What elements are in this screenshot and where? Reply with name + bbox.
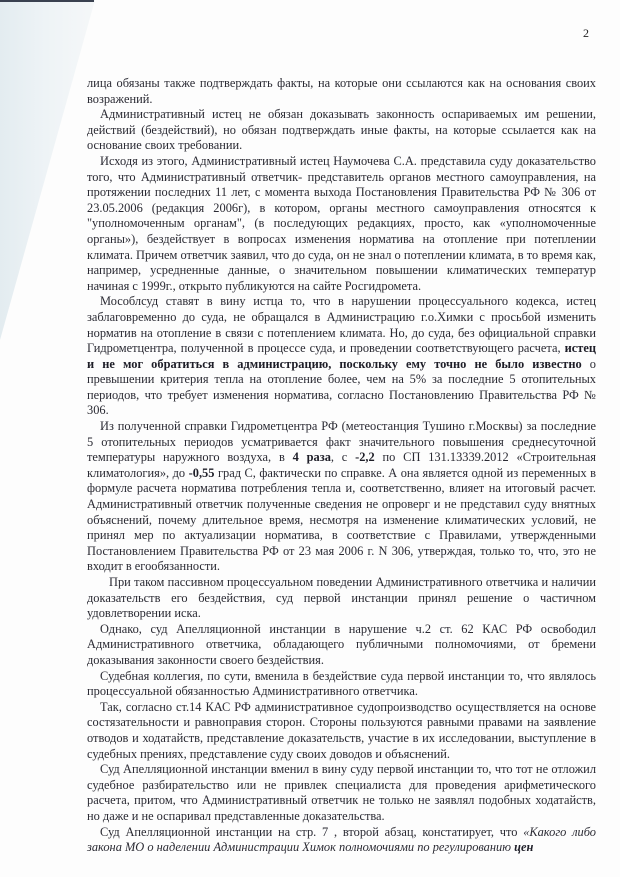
paragraph: лица обязаны также подтверждать факты, н…	[87, 76, 596, 107]
emphasis-bold: 4 раза	[293, 450, 331, 464]
paragraph: Исходя из этого, Административный истец …	[87, 154, 596, 294]
paragraph: Мособлсуд ставят в вину истца то, что в …	[87, 294, 596, 419]
document-body: лица обязаны также подтверждать факты, н…	[87, 76, 596, 856]
emphasis-bold: цен	[514, 840, 533, 854]
paragraph: Суд Апелляционной инстанции вменил в вин…	[87, 762, 596, 824]
paragraph: Судебная коллегия, по сути, вменила в бе…	[87, 669, 596, 700]
paragraph: Суд Апелляционной инстанции на стр. 7 , …	[87, 825, 596, 856]
paragraph: Административный истец не обязан доказыв…	[87, 107, 596, 154]
page-number: 2	[583, 26, 589, 41]
folded-page-corner	[0, 0, 100, 400]
paragraph: Однако, суд Апелляционной инстанции в на…	[87, 622, 596, 669]
paragraph: Так, согласно ст.14 КАС РФ административ…	[87, 700, 596, 762]
emphasis-bold: -2,2	[355, 450, 375, 464]
paragraph: Из полученной справки Гидрометцентра РФ …	[87, 419, 596, 575]
emphasis-bold: -0,55	[189, 466, 215, 480]
scan-edge	[0, 0, 94, 2]
emphasis-bold: истец и не мог обратиться в администраци…	[87, 341, 596, 371]
paragraph: При таком пассивном процессуальном повед…	[87, 575, 596, 622]
